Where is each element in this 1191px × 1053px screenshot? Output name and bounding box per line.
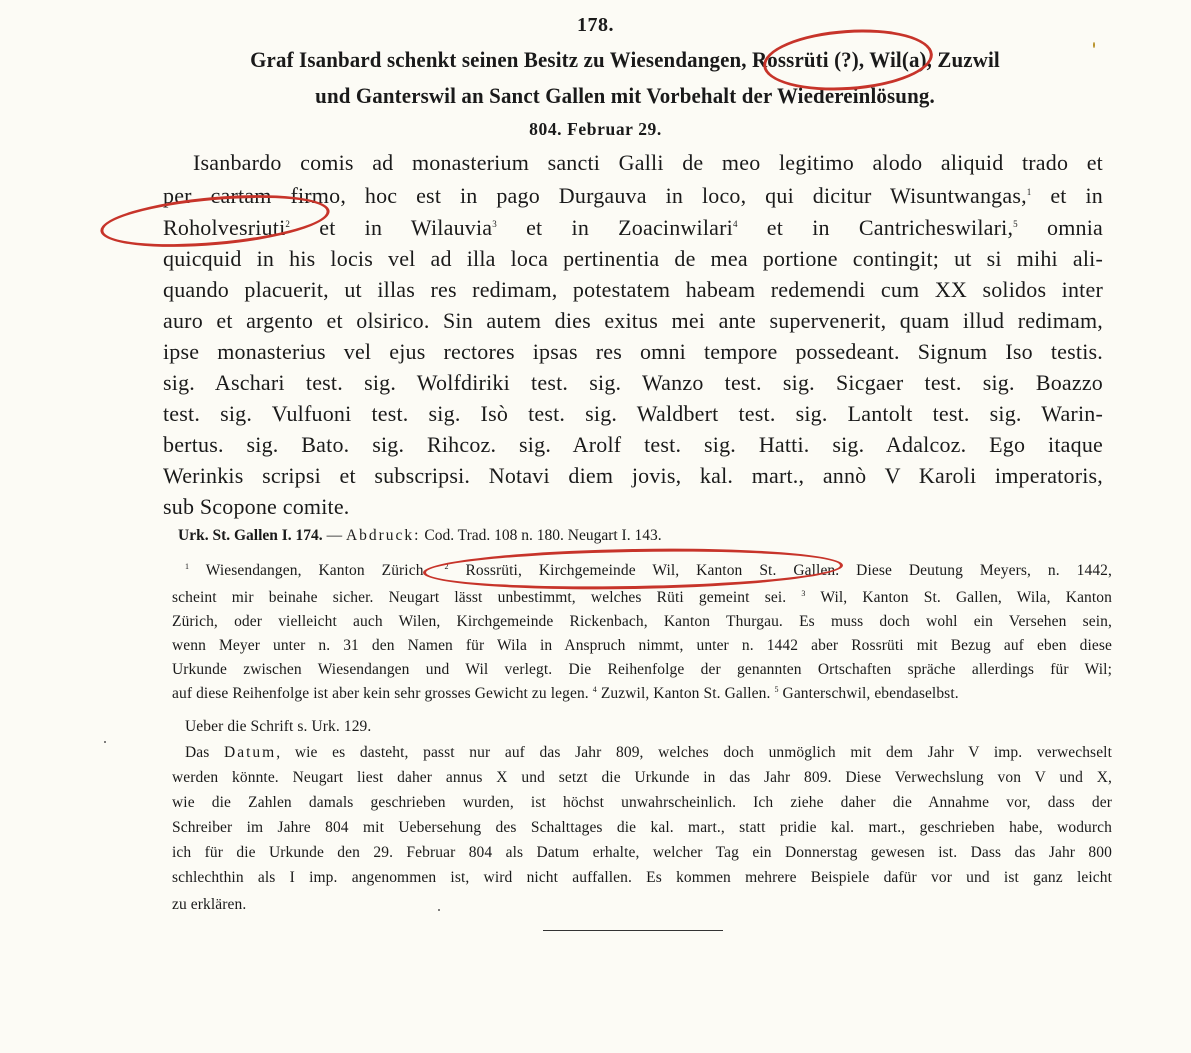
- footnote-line: Urkunde zwischen Wiesendangen und Wil ve…: [172, 661, 1112, 679]
- abdruck-label: Abdruck:: [346, 527, 421, 544]
- source-reference: Urk. St. Gallen I. 174. — Abdruck: Cod. …: [178, 527, 662, 545]
- text-span: , wie es dasteht, passt nur auf das Jahr…: [276, 744, 1112, 761]
- annotation-circle-roholvesriuti: [98, 187, 331, 255]
- text-span: Wiesendangen, Kanton Zürich.: [189, 562, 444, 579]
- paper-speck: [1093, 42, 1095, 48]
- source-ref-bold: Urk. St. Gallen I. 174.: [178, 527, 323, 544]
- text-span: auf diese Reihenfolge ist aber kein sehr…: [172, 685, 593, 702]
- text-span: Ganterschwil, ebendaselbst.: [779, 685, 959, 702]
- charter-number: 178.: [0, 14, 1191, 37]
- charter-title-line-1: Graf Isanbard schenkt seinen Besitz zu W…: [183, 47, 1067, 73]
- main-text-line: bertus. sig. Bato. sig. Rihcoz. sig. Aro…: [163, 432, 1103, 458]
- text-span: et in Zoacinwilari: [497, 215, 733, 240]
- end-rule: [543, 930, 723, 931]
- text-span: et in Cantricheswilari,: [738, 215, 1014, 240]
- note-schrift: Ueber die Schrift s. Urk. 129.: [185, 718, 1112, 736]
- text-span: omnia: [1018, 215, 1103, 240]
- text-span: scheint mir beinahe sicher. Neugart läss…: [172, 589, 801, 606]
- main-text-line: Werinkis scripsi et subscripsi. Notavi d…: [163, 463, 1103, 489]
- note-line: Das Datum, wie es dasteht, passt nur auf…: [185, 744, 1112, 762]
- note-line: Schreiber im Jahre 804 mit Uebersehung d…: [172, 819, 1112, 837]
- text-span: Zuzwil, Kanton St. Gallen.: [597, 685, 775, 702]
- main-text-line: sub Scopone comite.: [163, 494, 1103, 520]
- paper-speck: [438, 909, 440, 911]
- note-line: werden könnte. Neugart liest daher annus…: [172, 769, 1112, 787]
- main-text-line: auro et argento et olsirico. Sin autem d…: [163, 308, 1103, 334]
- text-span: Wil, Kanton St. Gallen, Wila, Kanton: [805, 589, 1112, 606]
- charter-title-line-2: und Ganterswil an Sanct Gallen mit Vorbe…: [183, 83, 1067, 109]
- text-span: —: [323, 527, 346, 544]
- main-text-line: quicquid in his locis vel ad illa loca p…: [163, 246, 1103, 272]
- datum-label: Datum: [224, 744, 276, 761]
- main-text-line: test. sig. Vulfuoni test. sig. Isò test.…: [163, 401, 1103, 427]
- main-text-line: ipse monasterius vel ejus rectores ipsas…: [163, 339, 1103, 365]
- annotation-circle-footnote: [423, 545, 844, 592]
- main-text-line: sig. Aschari test. sig. Wolfdiriki test.…: [163, 370, 1103, 396]
- text-span: Diese Deutung Meyers, n. 1442,: [839, 562, 1112, 579]
- note-line: wie die Zahlen damals geschrieben wurden…: [172, 794, 1112, 812]
- footnote-line: Zürich, oder vielleicht auch Wilen, Kirc…: [172, 613, 1112, 631]
- note-line: zu erklären.: [172, 896, 1112, 914]
- charter-date: 804. Februar 29.: [0, 119, 1191, 140]
- text-span: Das: [185, 744, 224, 761]
- note-line: schlechthin als I imp. angenommen ist, w…: [172, 869, 1112, 887]
- document-page: 178. Graf Isanbard schenkt seinen Besitz…: [0, 0, 1191, 1053]
- text-span: Cod. Trad. 108 n. 180. Neugart I. 143.: [420, 527, 661, 544]
- footnote-line: wenn Meyer unter n. 31 den Namen für Wil…: [172, 637, 1112, 655]
- footnote-line: auf diese Reihenfolge ist aber kein sehr…: [172, 685, 1112, 703]
- main-text-line: Isanbardo comis ad monasterium sancti Ga…: [193, 150, 1103, 176]
- text-span: et in: [1031, 183, 1103, 208]
- note-line: ich für die Urkunde den 29. Februar 804 …: [172, 844, 1112, 862]
- paper-speck: [104, 741, 106, 743]
- main-text-line: quando placuerit, ut illas res redimam, …: [163, 277, 1103, 303]
- footnote-line: scheint mir beinahe sicher. Neugart läss…: [172, 589, 1112, 607]
